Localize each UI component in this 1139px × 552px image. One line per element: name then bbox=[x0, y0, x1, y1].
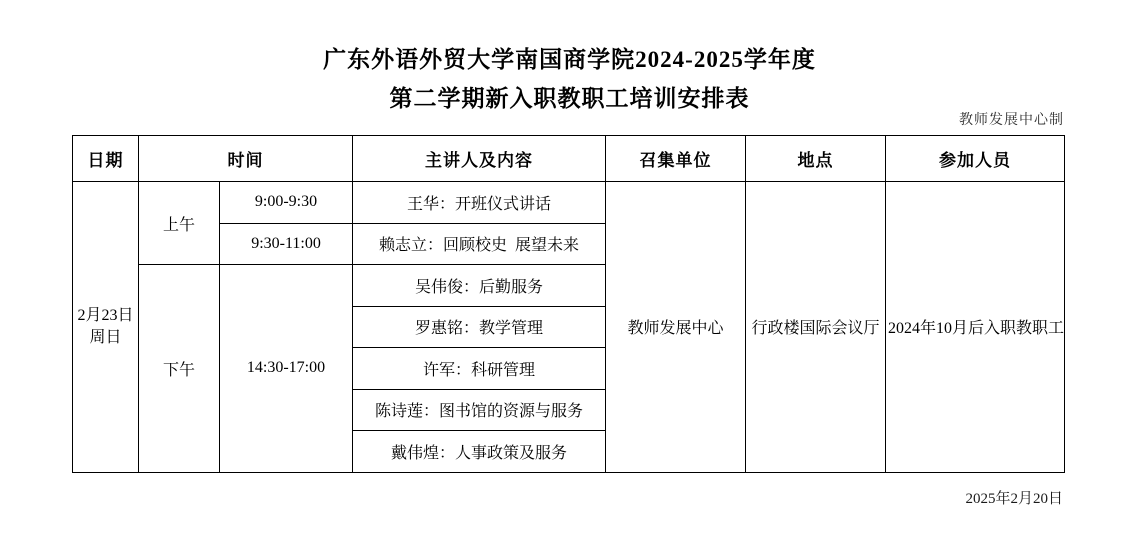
session-content-cell: 戴伟煌：人事政策及服务 bbox=[353, 431, 606, 473]
title-line-1: 广东外语外贸大学南国商学院2024-2025学年度 bbox=[0, 40, 1139, 79]
session-content-cell: 许军：科研管理 bbox=[353, 348, 606, 390]
table-header-row: 日期 时间 主讲人及内容 召集单位 地点 参加人员 bbox=[73, 136, 1065, 182]
session-content-cell: 王华：开班仪式讲话 bbox=[353, 182, 606, 224]
session-content-cell: 罗惠铭：教学管理 bbox=[353, 306, 606, 348]
location-cell: 行政楼国际会议厅 bbox=[746, 182, 886, 473]
session-content-cell: 吴伟俊：后勤服务 bbox=[353, 265, 606, 307]
prepared-by-note: 教师发展中心制 bbox=[959, 109, 1064, 129]
convener-cell: 教师发展中心 bbox=[606, 182, 746, 473]
table-row: 2月23日 周日 上午 9:00-9:30 王华：开班仪式讲话 教师发展中心 行… bbox=[73, 182, 1065, 224]
document-date: 2025年2月20日 bbox=[965, 487, 1063, 508]
participants-cell: 2024年10月后入职教职工 bbox=[886, 182, 1065, 473]
date-line-2: 周日 bbox=[75, 327, 136, 349]
session-content-cell: 陈诗莲：图书馆的资源与服务 bbox=[353, 389, 606, 431]
header-participants: 参加人员 bbox=[886, 136, 1065, 182]
document-title: 广东外语外贸大学南国商学院2024-2025学年度 第二学期新入职教职工培训安排… bbox=[0, 40, 1139, 118]
afternoon-label-cell: 下午 bbox=[139, 265, 220, 473]
date-cell: 2月23日 周日 bbox=[73, 182, 139, 473]
training-schedule-table: 日期 时间 主讲人及内容 召集单位 地点 参加人员 2月23日 周日 上午 9:… bbox=[72, 135, 1065, 473]
header-speaker-content: 主讲人及内容 bbox=[353, 136, 606, 182]
header-date: 日期 bbox=[73, 136, 139, 182]
header-convener: 召集单位 bbox=[606, 136, 746, 182]
session-content-cell: 赖志立：回顾校史 展望未来 bbox=[353, 223, 606, 265]
afternoon-time-cell: 14:30-17:00 bbox=[220, 265, 353, 473]
session-time-cell: 9:30-11:00 bbox=[220, 223, 353, 265]
date-line-1: 2月23日 bbox=[75, 305, 136, 327]
header-time: 时间 bbox=[139, 136, 353, 182]
session-time-cell: 9:00-9:30 bbox=[220, 182, 353, 224]
header-location: 地点 bbox=[746, 136, 886, 182]
morning-label-cell: 上午 bbox=[139, 182, 220, 265]
